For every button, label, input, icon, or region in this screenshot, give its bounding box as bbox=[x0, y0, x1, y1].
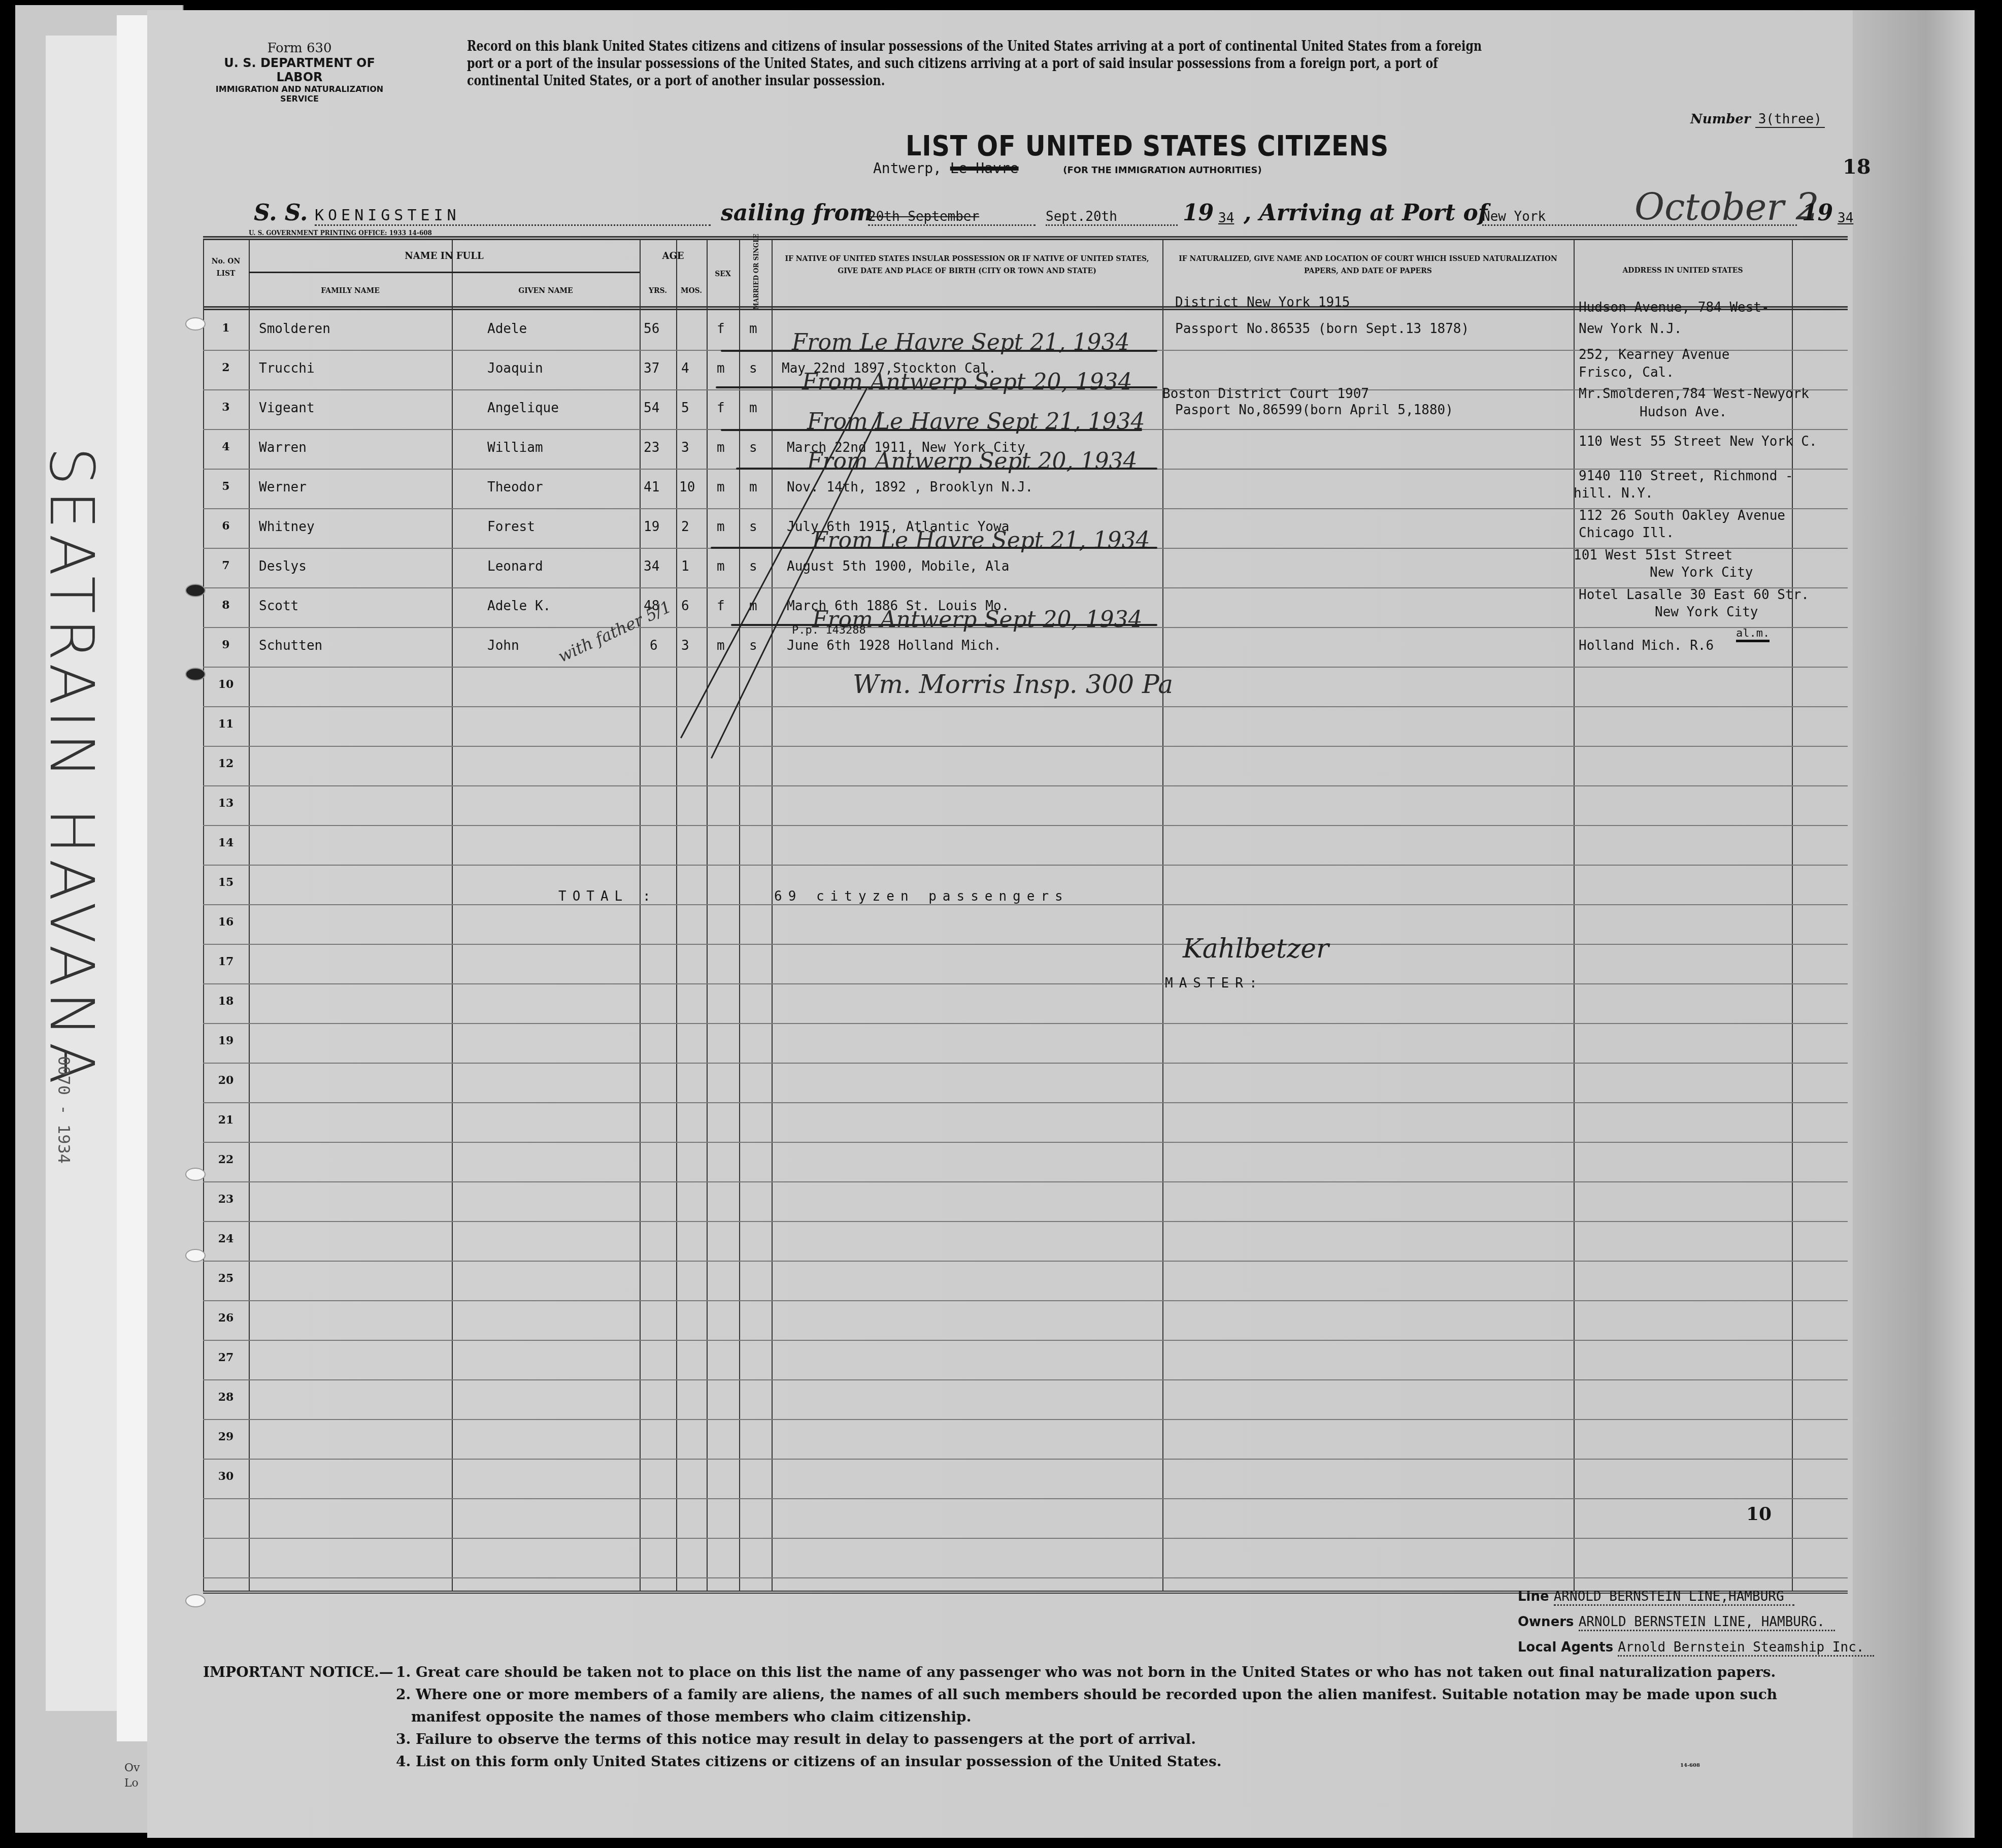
address-line-2: Frisco, Cal. bbox=[1579, 365, 1674, 380]
given-name: Forest bbox=[487, 519, 535, 535]
table-row: 25 bbox=[203, 1261, 1848, 1301]
department: U. S. DEPARTMENT OF LABOR bbox=[213, 56, 386, 84]
family-name: Deslys bbox=[259, 559, 307, 574]
table-row: 23 bbox=[203, 1181, 1848, 1222]
instruction-text: Record on this blank United States citiz… bbox=[467, 38, 1508, 90]
row-number: 3 bbox=[203, 401, 249, 414]
family-name: Schutten bbox=[259, 638, 322, 653]
owners-label: Owners bbox=[1518, 1614, 1574, 1630]
table-row: 20 bbox=[203, 1063, 1848, 1103]
given-name: Joaquin bbox=[487, 361, 543, 376]
name-divider bbox=[249, 272, 640, 273]
strikethrough-line bbox=[716, 386, 1157, 388]
marital-status: m bbox=[749, 401, 757, 416]
marital-status: s bbox=[749, 638, 757, 653]
row-number: 17 bbox=[203, 955, 249, 968]
arrival-date-handwritten: October 2 bbox=[1634, 186, 1819, 228]
table-row: 13 bbox=[203, 785, 1848, 826]
sex: m bbox=[717, 480, 725, 495]
address-line-1: 252, Kearney Avenue bbox=[1579, 347, 1729, 362]
row-number: 24 bbox=[203, 1232, 249, 1245]
notice-item-4: 4. List on this form only United States … bbox=[396, 1752, 1878, 1771]
manifest-page: Form 630 U. S. DEPARTMENT OF LABOR IMMIG… bbox=[147, 10, 1975, 1838]
table-row: 30 bbox=[203, 1459, 1848, 1499]
punch-hole bbox=[185, 317, 206, 331]
punch-hole bbox=[185, 1168, 206, 1181]
master-signature: Kahlbetzer bbox=[1183, 934, 1329, 964]
table-row: 29 bbox=[203, 1419, 1848, 1460]
naturalization-court: Boston District Court 1907 bbox=[1162, 386, 1369, 402]
naturalization-passport: Passport No.86535 (born Sept.13 1878) bbox=[1175, 321, 1469, 337]
row-number: 8 bbox=[203, 599, 249, 612]
address-line-1: 101 West 51st Street bbox=[1574, 548, 1732, 563]
table-row: 4 Warren William 23 3 m s March 22nd 191… bbox=[203, 429, 1848, 470]
table-row: 12 bbox=[203, 746, 1848, 786]
given-name: Adele K. bbox=[487, 599, 551, 614]
line-value: ARNOLD BERNSTEIN LINE,HAMBURG bbox=[1554, 1589, 1794, 1606]
total-value: 69 cityzen passengers bbox=[774, 889, 1069, 904]
age-years: 34 bbox=[644, 559, 659, 574]
address-line-1: 9140 110 Street, Richmond - bbox=[1579, 469, 1793, 484]
family-name: Scott bbox=[259, 599, 298, 614]
seatrain-havana-note: SEATRAIN HAVANA bbox=[36, 447, 107, 1089]
notice-item-2-cont: manifest opposite the names of those mem… bbox=[396, 1707, 1878, 1727]
header-sex: SEX bbox=[707, 268, 739, 280]
header-married-or-single: MARRIED OR SINGLE bbox=[750, 226, 762, 317]
table-row bbox=[203, 1538, 1848, 1578]
age-months: 1 bbox=[681, 559, 689, 574]
marital-status: m bbox=[749, 480, 757, 495]
row-number: 29 bbox=[203, 1430, 249, 1443]
header-no-on-list: No. ON LIST bbox=[203, 255, 249, 280]
address-line-1: Hudson Avenue, 784 West- bbox=[1579, 300, 1770, 315]
age-months: 3 bbox=[681, 638, 689, 653]
page-subtitle: (FOR THE IMMIGRATION AUTHORITIES) bbox=[1010, 165, 1315, 176]
age-months: 4 bbox=[681, 361, 689, 376]
owners-value: ARNOLD BERNSTEIN LINE, HAMBURG. bbox=[1579, 1614, 1835, 1631]
table-row: 5 Werner Theodor 41 10 m m Nov. 14th, 18… bbox=[203, 469, 1848, 509]
address-line-1: Holland Mich. R.6 bbox=[1579, 638, 1714, 653]
passport-note: P.p. 143288 bbox=[792, 624, 866, 637]
table-row: 19 bbox=[203, 1023, 1848, 1064]
table-row: 14 bbox=[203, 825, 1848, 866]
address-line-1: Mr.Smolderen,784 West-Newyork bbox=[1579, 386, 1809, 402]
punch-hole bbox=[185, 1594, 206, 1607]
row-number: 16 bbox=[203, 915, 249, 929]
address-line-2: New York N.J. bbox=[1579, 321, 1682, 337]
sex: m bbox=[717, 638, 725, 653]
owners-field: Owners ARNOLD BERNSTEIN LINE, HAMBURG. bbox=[1518, 1614, 1835, 1630]
address-line-1: 110 West 55 Street New York C. bbox=[1579, 434, 1817, 449]
notice-lead: IMPORTANT NOTICE.— bbox=[203, 1663, 393, 1682]
page-number: 18 bbox=[1843, 155, 1871, 179]
header-yrs: YRS. bbox=[640, 285, 676, 297]
port-from: Antwerp, Le Havre bbox=[873, 160, 1019, 177]
family-name: Werner bbox=[259, 480, 307, 495]
family-name: Whitney bbox=[259, 519, 315, 535]
given-name: William bbox=[487, 440, 543, 455]
table-row: 28 bbox=[203, 1379, 1848, 1420]
voyage-line: S. S. KOENIGSTEIN sailing from Antwerp, … bbox=[254, 185, 1888, 226]
header-birth: IF NATIVE OF UNITED STATES INSULAR POSSE… bbox=[777, 253, 1157, 277]
address-line-2: New York City bbox=[1655, 605, 1758, 620]
port-from-struck: Le Havre bbox=[950, 160, 1019, 177]
row-number: 6 bbox=[203, 519, 249, 533]
age-years: 41 bbox=[644, 480, 659, 495]
sailing-from-label: sailing from bbox=[721, 200, 873, 226]
given-name: John bbox=[487, 638, 519, 653]
address-line-1: 112 26 South Oakley Avenue bbox=[1579, 508, 1785, 523]
row-number: 28 bbox=[203, 1391, 249, 1404]
row-number: 4 bbox=[203, 440, 249, 453]
row-number: 13 bbox=[203, 797, 249, 810]
table-row: 2 Trucchi Joaquin 37 4 m s May 22nd 1897… bbox=[203, 350, 1848, 390]
notice-item-2: 2. Where one or more members of a family… bbox=[396, 1685, 1878, 1704]
row-number: 14 bbox=[203, 836, 249, 849]
row-number: 9 bbox=[203, 638, 249, 651]
given-name: Angelique bbox=[487, 401, 559, 416]
header-name-in-full: NAME IN FULL bbox=[249, 250, 640, 262]
line-label: Line bbox=[1518, 1589, 1549, 1604]
number-label: Number bbox=[1690, 112, 1751, 127]
citizens-table: No. ON LIST NAME IN FULL FAMILY NAME GIV… bbox=[203, 236, 1848, 1594]
date-struck: 20th September bbox=[868, 209, 1036, 226]
ss-label: S. S. bbox=[254, 200, 308, 226]
marital-status: s bbox=[749, 559, 757, 574]
notice-items: 1. Great care should be taken not to pla… bbox=[396, 1663, 1878, 1774]
row-number: 20 bbox=[203, 1074, 249, 1087]
birth-info: Nov. 14th, 1892 , Brooklyn N.J. bbox=[787, 480, 1033, 495]
family-name: Vigeant bbox=[259, 401, 315, 416]
row-number: 21 bbox=[203, 1113, 249, 1127]
sex: m bbox=[717, 440, 725, 455]
table-row: 8 Scott Adele K. 48 6 f m March 6th 1886… bbox=[203, 587, 1848, 628]
given-name: Adele bbox=[487, 321, 527, 337]
arrival-year-suffix: 34 bbox=[1838, 211, 1853, 226]
table-row: 26 bbox=[203, 1300, 1848, 1341]
number-value: 3(three) bbox=[1755, 112, 1825, 128]
table-row: 7 Deslys Leonard 34 1 m s August 5th 190… bbox=[203, 548, 1848, 588]
header-naturalized: IF NATURALIZED, GIVE NAME AND LOCATION O… bbox=[1167, 253, 1569, 277]
print-code: 14-608 bbox=[1680, 1763, 1700, 1768]
page-edge-shadow bbox=[1853, 10, 1975, 1838]
row-number: 15 bbox=[203, 876, 249, 889]
address-line-2: hill. N.Y. bbox=[1574, 486, 1653, 501]
row-number: 1 bbox=[203, 321, 249, 335]
punch-hole bbox=[185, 584, 206, 597]
family-name: Warren bbox=[259, 440, 307, 455]
row-number: 19 bbox=[203, 1034, 249, 1047]
table-row: 27 bbox=[203, 1340, 1848, 1380]
given-name: Theodor bbox=[487, 480, 543, 495]
age-months: 6 bbox=[681, 599, 689, 614]
inspector-signature: Wm. Morris Insp. 300 Pa bbox=[853, 670, 1173, 699]
age-years: 56 bbox=[644, 321, 659, 337]
age-years: 19 bbox=[644, 519, 659, 535]
naturalization-court: District New York 1915 bbox=[1175, 295, 1350, 310]
sex: f bbox=[717, 321, 725, 337]
page-title: LIST OF UNITED STATES CITIZENS bbox=[812, 129, 1482, 162]
address-line-2: New York City bbox=[1650, 565, 1753, 580]
table-row: 1 Smolderen Adele 56 f m District New Yo… bbox=[203, 310, 1848, 351]
service: IMMIGRATION AND NATURALIZATION SERVICE bbox=[213, 84, 386, 104]
row-number: 25 bbox=[203, 1272, 249, 1285]
marital-status: s bbox=[749, 361, 757, 376]
table-row: 11 bbox=[203, 706, 1848, 747]
table-row: 21 bbox=[203, 1102, 1848, 1143]
row-number: 10 bbox=[203, 678, 249, 691]
birth-info: June 6th 1928 Holland Mich. bbox=[787, 638, 1002, 653]
naturalization-passport: Pasport No,86599(born April 5,1880) bbox=[1175, 403, 1453, 418]
form-identifier: Form 630 U. S. DEPARTMENT OF LABOR IMMIG… bbox=[213, 41, 386, 104]
side-small-note: 0070 - 1934 bbox=[54, 1056, 74, 1164]
line-field: Line ARNOLD BERNSTEIN LINE,HAMBURG bbox=[1518, 1589, 1794, 1604]
punch-hole bbox=[185, 1249, 206, 1262]
master-label: MASTER: bbox=[1165, 976, 1263, 991]
agents-field: Local Agents Arnold Bernstein Steamship … bbox=[1518, 1640, 1874, 1655]
given-name: Leonard bbox=[487, 559, 543, 574]
header-mos: MOS. bbox=[676, 285, 707, 297]
row-number: 7 bbox=[203, 559, 249, 572]
row-number: 18 bbox=[203, 995, 249, 1008]
row-number: 30 bbox=[203, 1470, 249, 1483]
age-years: 37 bbox=[644, 361, 659, 376]
margin-note: al.m. bbox=[1736, 627, 1770, 642]
age-years: 6 bbox=[650, 638, 658, 653]
marital-status: s bbox=[749, 440, 757, 455]
list-number: Number 3(three) bbox=[1690, 112, 1825, 127]
header-family-name: FAMILY NAME bbox=[249, 285, 452, 297]
arriving-label: , Arriving at Port of bbox=[1244, 200, 1488, 226]
ship-name: KOENIGSTEIN bbox=[315, 207, 711, 226]
sex: f bbox=[717, 401, 725, 416]
age-months: 2 bbox=[681, 519, 689, 535]
address-line-2: Hudson Ave. bbox=[1640, 405, 1727, 420]
back-footer-label: Lo bbox=[124, 1777, 139, 1790]
address-line-1: Hotel Lasalle 30 East 60 Str. bbox=[1579, 587, 1809, 603]
family-name: Trucchi bbox=[259, 361, 315, 376]
sex: m bbox=[717, 519, 725, 535]
table-row: 6 Whitney Forest 19 2 m s July 6th 1915,… bbox=[203, 508, 1848, 549]
agents-label: Local Agents bbox=[1518, 1640, 1613, 1655]
header-given-name: GIVEN NAME bbox=[452, 285, 640, 297]
row-number: 5 bbox=[203, 480, 249, 493]
notice-item-1: 1. Great care should be taken not to pla… bbox=[396, 1663, 1878, 1682]
age-months: 3 bbox=[681, 440, 689, 455]
sex: m bbox=[717, 361, 725, 376]
year-suffix: 34 bbox=[1218, 211, 1234, 226]
family-name: Smolderen bbox=[259, 321, 330, 337]
table-row: 17 Kahlbetzer bbox=[203, 944, 1848, 984]
table-row: 3 Vigeant Angelique 54 5 f m Boston Dist… bbox=[203, 389, 1848, 430]
row-number: 11 bbox=[203, 717, 249, 731]
punch-hole bbox=[185, 668, 206, 681]
arrival-year-prefix: 19 bbox=[1802, 200, 1833, 226]
notice-item-3: 3. Failure to observe the terms of this … bbox=[396, 1730, 1878, 1749]
row-number: 12 bbox=[203, 757, 249, 770]
age-years: 54 bbox=[644, 401, 659, 416]
back-footer-label: Ov bbox=[124, 1762, 140, 1774]
header-address: ADDRESS IN UNITED STATES bbox=[1574, 265, 1792, 277]
marital-status: s bbox=[749, 519, 757, 535]
struck-date-text: 20th September bbox=[868, 209, 979, 224]
address-line-2: Chicago Ill. bbox=[1579, 525, 1674, 541]
table-row: 9 Schutten John with father 5/1 6 3 m s … bbox=[203, 627, 1848, 668]
sex: m bbox=[717, 559, 725, 574]
marital-status: m bbox=[749, 321, 757, 337]
age-years: 23 bbox=[644, 440, 659, 455]
row-number: 22 bbox=[203, 1153, 249, 1166]
agents-value: Arnold Bernstein Steamship Inc. bbox=[1618, 1640, 1874, 1657]
row-number: 27 bbox=[203, 1351, 249, 1364]
row-number: 26 bbox=[203, 1311, 249, 1325]
form-number: Form 630 bbox=[213, 41, 386, 56]
table-row: 24 bbox=[203, 1221, 1848, 1262]
sex: f bbox=[717, 599, 725, 614]
departure-date: Sept.20th bbox=[1046, 209, 1178, 226]
birth-info: August 5th 1900, Mobile, Ala bbox=[787, 559, 1009, 574]
stamp-number: 10 bbox=[1746, 1503, 1772, 1525]
year-prefix: 19 bbox=[1183, 200, 1214, 226]
printing-office-line: U. S. GOVERNMENT PRINTING OFFICE: 1933 1… bbox=[249, 229, 432, 237]
row-number: 23 bbox=[203, 1193, 249, 1206]
age-months: 10 bbox=[679, 480, 695, 495]
total-label: TOTAL : bbox=[558, 889, 657, 904]
row-number: 2 bbox=[203, 361, 249, 374]
table-row: 22 bbox=[203, 1142, 1848, 1182]
table-row: 16 TOTAL : 69 cityzen passengers bbox=[203, 904, 1848, 945]
table-row: 10 bbox=[203, 1498, 1848, 1539]
table-row: 10 Wm. Morris Insp. 300 Pa bbox=[203, 667, 1848, 707]
age-months: 5 bbox=[681, 401, 689, 416]
table-row: 18 MASTER: bbox=[203, 983, 1848, 1024]
header-age: AGE bbox=[640, 250, 707, 262]
port-from-value: Antwerp, bbox=[873, 160, 942, 177]
